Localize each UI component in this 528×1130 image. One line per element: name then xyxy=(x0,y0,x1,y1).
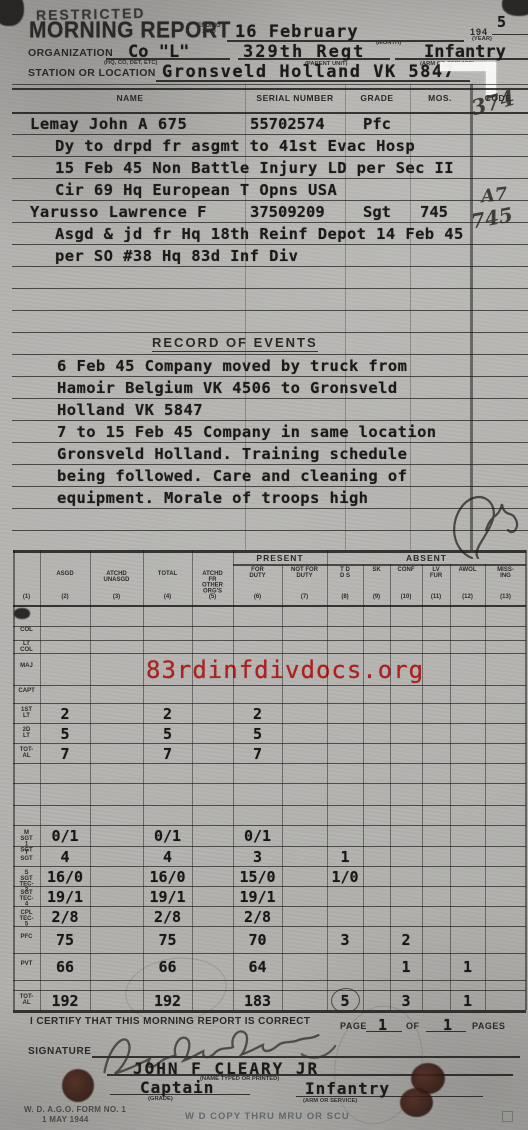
year-underline xyxy=(492,34,528,35)
stats-column-label: ATCHD UNASGD xyxy=(101,571,133,582)
roster-entry-remark: Asgd & jd fr Hq 18th Reinf Depot 14 Feb … xyxy=(55,225,464,243)
stats-cell-value: 5 xyxy=(233,725,282,743)
rule-line xyxy=(12,530,528,531)
rule-line xyxy=(12,398,528,399)
roster-entry-mos: 745 xyxy=(420,203,448,221)
rule-line xyxy=(12,222,528,223)
ink-smudge xyxy=(14,608,30,619)
stats-cell-value: 1 xyxy=(327,848,363,866)
report-date-value: 16 February xyxy=(235,22,359,42)
stats-column-label: T D D S xyxy=(334,567,356,578)
roster-entry-remark: Dy to drpd fr asgmt to 41st Evac Hosp xyxy=(55,137,415,155)
stats-column-number: (2) xyxy=(50,594,80,600)
footer-checkbox-mark xyxy=(502,1111,513,1122)
rule-line xyxy=(12,156,528,157)
organization-label: ORGANIZATION xyxy=(28,47,113,59)
present-group-header: PRESENT xyxy=(233,553,327,563)
stats-cell-value: 16/0 xyxy=(40,868,90,886)
rule-line-vertical xyxy=(192,550,193,1010)
stats-row-label: PFC xyxy=(18,934,34,940)
stats-column-label: SK xyxy=(368,567,384,573)
record-of-events-line: Holland VK 5847 xyxy=(57,401,203,419)
pages-underline xyxy=(426,1031,466,1032)
stats-cell-value: 66 xyxy=(143,958,192,976)
stats-column-number: (7) xyxy=(291,594,318,600)
stats-row-label: CAPT xyxy=(18,688,34,694)
parent-unit-underline xyxy=(238,58,390,60)
stats-column-label: ATCHD FR OTHER ORG'S xyxy=(200,571,225,594)
stats-column-number: (9) xyxy=(368,594,384,600)
stats-cell-value: 1 xyxy=(390,958,422,976)
station-label: STATION OR LOCATION xyxy=(28,67,156,79)
rule-line xyxy=(12,200,528,201)
roster-column-header: GRADE xyxy=(346,93,408,103)
stats-row-label: 2D LT xyxy=(18,727,34,738)
station-value: Gronsveld Holland VK 5847 xyxy=(162,62,455,82)
stats-cell-value: 70 xyxy=(233,931,282,949)
stats-column-number: (1) xyxy=(18,594,34,600)
roster-entry-name: Lemay John A 675 xyxy=(30,115,187,133)
roster-entry-serial: 55702574 xyxy=(250,115,325,133)
record-of-events-title: RECORD OF EVENTS xyxy=(152,335,318,352)
arm-underline xyxy=(395,58,528,60)
station-underline xyxy=(156,80,470,82)
rule-line xyxy=(12,88,528,90)
rule-line xyxy=(12,288,528,289)
stats-cell-value: 5 xyxy=(40,725,90,743)
stats-cell-value: 2/8 xyxy=(40,908,90,926)
month-sublabel: (MONTH) xyxy=(376,40,401,45)
watermark-text: 83rdinfdivdocs.org xyxy=(146,656,424,684)
stats-column-number: (12) xyxy=(457,594,478,600)
stats-cell-value: 2 xyxy=(233,705,282,723)
stats-cell-value: 3 xyxy=(327,931,363,949)
rule-line xyxy=(12,420,528,421)
stats-column-number: (13) xyxy=(493,594,518,600)
rule-line xyxy=(12,112,528,114)
rule-line-vertical xyxy=(13,550,15,1010)
year-sublabel: (YEAR) xyxy=(472,36,492,41)
record-of-events-line: 6 Feb 45 Company moved by truck from xyxy=(57,357,407,375)
stats-cell-value: 1 xyxy=(450,958,485,976)
stats-column-label: AWOL xyxy=(457,567,478,573)
roster-entry-grade: Pfc xyxy=(363,115,391,133)
rule-line-vertical xyxy=(363,564,364,1010)
roster-entry-name: Yarusso Lawrence F xyxy=(30,203,207,221)
stats-cell-value: 16/0 xyxy=(143,868,192,886)
roster-entry-remark: Cir 69 Hq European T Opns USA xyxy=(55,181,337,199)
stats-cell-value: 66 xyxy=(40,958,90,976)
morning-report-scan: RESTRICTED MORNING REPORT ENDING 2400 16… xyxy=(0,0,528,1130)
punch-hole-left xyxy=(62,1069,94,1102)
stats-column-label: NOT FOR DUTY xyxy=(291,567,318,578)
stats-row-label: PVT xyxy=(18,961,34,967)
rule-line-vertical xyxy=(90,550,91,1010)
stats-cell-value: 3 xyxy=(390,992,422,1010)
rule-line xyxy=(12,376,528,377)
stats-cell-value: 19/1 xyxy=(143,888,192,906)
record-of-events-line: equipment. Morale of troops high xyxy=(57,489,368,507)
stats-column-number: (8) xyxy=(334,594,356,600)
stats-cell-value: 0/1 xyxy=(143,827,192,845)
rule-line-vertical xyxy=(525,550,527,1010)
stats-row-label: LT COL xyxy=(18,641,34,652)
stats-column-number: (6) xyxy=(243,594,272,600)
rule-line-vertical xyxy=(485,564,486,1010)
stats-cell-value: 64 xyxy=(233,958,282,976)
stats-column-label: TOTAL xyxy=(153,571,182,577)
stats-column-number: (11) xyxy=(428,594,445,600)
stats-column-number: (5) xyxy=(200,594,225,600)
stats-cell-value: 192 xyxy=(40,992,90,1010)
absent-group-header: ABSENT xyxy=(327,553,526,563)
grade-underline xyxy=(110,1094,250,1095)
stats-cell-value: 0/1 xyxy=(233,827,282,845)
rule-line-vertical xyxy=(422,564,423,1010)
ending-2400-label: ENDING 2400 xyxy=(195,23,223,34)
stats-cell-value: 2 xyxy=(390,931,422,949)
rule-line xyxy=(12,354,528,355)
stats-cell-value: 5 xyxy=(143,725,192,743)
stats-column-number: (4) xyxy=(153,594,182,600)
stats-cell-value: 7 xyxy=(40,745,90,763)
stats-cell-value: 75 xyxy=(143,931,192,949)
stats-column-label: CONF xyxy=(396,567,415,573)
rule-line xyxy=(12,310,528,311)
stats-cell-value: 183 xyxy=(233,992,282,1010)
stats-row-label: SGT TEC-4 xyxy=(18,890,34,907)
stats-row-label: TOT- AL xyxy=(18,747,34,758)
stats-column-number: (3) xyxy=(101,594,133,600)
stats-row-label: COL xyxy=(18,627,34,633)
rule-line xyxy=(12,178,528,179)
roster-entry-grade: Sgt xyxy=(363,203,391,221)
stats-cell-value: 2 xyxy=(143,705,192,723)
stats-cell-value: 2 xyxy=(40,705,90,723)
stats-column-label: ASGD xyxy=(50,571,80,577)
rule-line xyxy=(13,1010,526,1013)
stats-cell-value: 0/1 xyxy=(40,827,90,845)
roster-column-header: NAME xyxy=(71,93,189,103)
stats-cell-value: 19/1 xyxy=(233,888,282,906)
grade-sublabel: (GRADE) xyxy=(148,1096,173,1101)
roster-entry-remark: per SO #38 Hq 83d Inf Div xyxy=(55,247,298,265)
record-of-events-line: Gronsveld Holland. Training schedule xyxy=(57,445,407,463)
stats-column-label: MISS- ING xyxy=(493,567,518,578)
stats-cell-value: 15/0 xyxy=(233,868,282,886)
stats-cell-value: 4 xyxy=(143,848,192,866)
record-of-events-line: 7 to 15 Feb 45 Company in same location xyxy=(57,423,437,441)
rule-line xyxy=(12,266,528,267)
stats-cell-value: 7 xyxy=(233,745,282,763)
stats-row-label: T SGT xyxy=(18,850,34,861)
rule-line-vertical xyxy=(450,564,451,1010)
rule-line xyxy=(12,508,528,509)
stats-cell-value: 1/0 xyxy=(327,868,363,886)
organization-sublabel: (HQ, CO, DET, ETC) xyxy=(104,60,157,65)
roster-entry-code-handwritten: 374 xyxy=(469,85,518,120)
stats-column-label: FOR DUTY xyxy=(243,567,272,578)
stats-row-label: MAJ xyxy=(18,663,34,669)
rule-line-vertical xyxy=(282,564,283,1010)
roster-entry-remark: 15 Feb 45 Non Battle Injury LD per Sec I… xyxy=(55,159,454,177)
stats-row-label: TOT- AL xyxy=(18,994,34,1005)
roster-column-header: MOS. xyxy=(411,93,469,103)
stats-column-number: (10) xyxy=(396,594,415,600)
rule-line xyxy=(12,244,528,245)
record-of-events-line: being followed. Care and cleaning of xyxy=(57,467,407,485)
stats-cell-value: 2/8 xyxy=(143,908,192,926)
roster-entry-serial: 37509209 xyxy=(250,203,325,221)
rule-line-vertical xyxy=(470,84,473,550)
stats-row-label: 1ST LT xyxy=(18,707,34,718)
stats-cell-value: 1 xyxy=(450,992,485,1010)
stats-cell-value: 75 xyxy=(40,931,90,949)
record-of-events-line: Hamoir Belgium VK 4506 to Gronsveld xyxy=(57,379,398,397)
form-number-line1: W. D. A.G.O. FORM NO. 1 xyxy=(24,1105,126,1114)
year-typed-digit: 5 xyxy=(497,13,506,31)
rule-line xyxy=(12,442,528,443)
stats-column-label: LV FUR xyxy=(428,567,445,578)
rule-line xyxy=(12,84,528,85)
stats-row-label: CPL TEC-5 xyxy=(18,910,34,927)
stats-cell-value: 4 xyxy=(40,848,90,866)
signature-label: SIGNATURE xyxy=(28,1046,92,1057)
stats-cell-value: 19/1 xyxy=(40,888,90,906)
pages-label: PAGES xyxy=(472,1021,505,1031)
stats-cell-value: 7 xyxy=(143,745,192,763)
form-number-line2: 1 MAY 1944 xyxy=(42,1115,89,1124)
stats-cell-value: 3 xyxy=(233,848,282,866)
rule-line xyxy=(233,564,526,566)
rule-line xyxy=(12,464,528,465)
roster-entry-code-handwritten: 745 xyxy=(469,203,514,234)
rule-line xyxy=(12,134,528,135)
stats-cell-value: 2/8 xyxy=(233,908,282,926)
name-underline xyxy=(107,1074,513,1076)
corner-smudge-top-left xyxy=(0,0,24,26)
rule-line xyxy=(12,486,528,487)
rule-line xyxy=(12,332,528,333)
copy-routing-text: W D COPY THRU MRU OR SCU xyxy=(185,1111,350,1122)
stats-cell-value: 192 xyxy=(143,992,192,1010)
roster-column-header: SERIAL NUMBER xyxy=(247,93,343,103)
